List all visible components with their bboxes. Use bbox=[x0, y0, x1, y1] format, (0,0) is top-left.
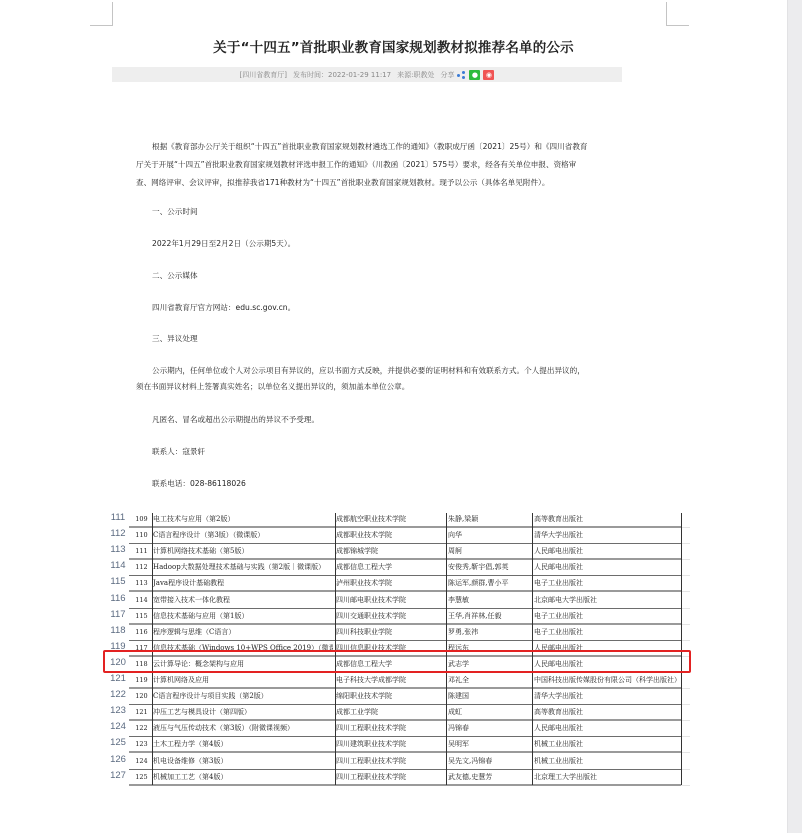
row-number: 118 bbox=[107, 625, 129, 636]
cell-publisher: 中国科技出版传媒股份有限公司（科学出版社） bbox=[534, 672, 684, 688]
cell-index: 121 bbox=[131, 704, 152, 720]
cell-author: 安俊秀,靳宇倡,郭英 bbox=[448, 559, 531, 575]
row-number: 116 bbox=[107, 593, 129, 604]
table-col-divider bbox=[152, 513, 153, 785]
cell-author: 邓礼全 bbox=[448, 672, 531, 688]
table-col-divider bbox=[335, 513, 336, 785]
highlight-box-row-120 bbox=[103, 650, 691, 673]
share-group: 分享 ● ◉ bbox=[440, 70, 494, 80]
cell-title: 机械加工工艺（第4版） bbox=[153, 769, 333, 785]
article-meta-bar: [四川省教育厅] 发布时间：2022-01-29 11:17 来源:职教处 分享… bbox=[112, 67, 622, 82]
meta-source: 来源:职教处 bbox=[397, 70, 434, 80]
row-number: 111 bbox=[107, 512, 129, 523]
cell-index: 115 bbox=[131, 608, 152, 624]
table-row[interactable]: 111109电工技术与应用（第2版）成都航空职业技术学院朱静,梁颖高等教育出版社 bbox=[107, 511, 687, 527]
cell-publisher: 电子工业出版社 bbox=[534, 608, 684, 624]
row-number: 113 bbox=[107, 544, 129, 555]
row-number: 123 bbox=[107, 705, 129, 716]
meta-source-tag: [四川省教育厅] bbox=[240, 70, 287, 80]
section2-heading: 二、公示媒体 bbox=[152, 267, 198, 285]
table-row[interactable]: 124122液压与气压传动技术（第3版）（附微课视频）四川工程职业技术学院冯锦春… bbox=[107, 720, 687, 736]
section3-heading: 三、异议处理 bbox=[152, 330, 198, 348]
cell-title: 液压与气压传动技术（第3版）（附微课视频） bbox=[153, 720, 333, 736]
cell-index: 109 bbox=[131, 511, 152, 527]
cell-index: 120 bbox=[131, 688, 152, 704]
cell-title: 计算机网络及应用 bbox=[153, 672, 333, 688]
cell-school: 成都职业技术学院 bbox=[336, 527, 444, 543]
cell-publisher: 清华大学出版社 bbox=[534, 688, 684, 704]
cell-title: C语言程序设计（第3版）（微课版） bbox=[153, 527, 333, 543]
cell-index: 122 bbox=[131, 720, 152, 736]
cell-school: 绵阳职业技术学院 bbox=[336, 688, 444, 704]
cell-index: 116 bbox=[131, 624, 152, 640]
intro-line-2: 厅关于开展“十四五”首批职业教育国家规划教材评选申报工作的通知》（川教函〔202… bbox=[136, 156, 576, 174]
contact-person: 联系人：寇景轩 bbox=[152, 443, 205, 461]
cell-title: Java程序设计基础教程 bbox=[153, 575, 333, 591]
cell-school: 电子科技大学成都学院 bbox=[336, 672, 444, 688]
cell-title: C语言程序设计与项目实践（第2版） bbox=[153, 688, 333, 704]
cell-title: 电工技术与应用（第2版） bbox=[153, 511, 333, 527]
section3-line-2: 须在书面异议材料上签署真实姓名；以单位名义提出异议的，须加盖本单位公章。 bbox=[136, 378, 409, 396]
intro-line-1-wrap: 根据《教育部办公厅关于组织“十四五”首批职业教育国家规划教材遴选工作的通知》（教… bbox=[152, 138, 588, 156]
cell-index: 112 bbox=[131, 559, 152, 575]
cell-title: 宽带接入技术一体化教程 bbox=[153, 592, 333, 608]
row-divider bbox=[129, 784, 681, 786]
cell-school: 成都工业学院 bbox=[336, 704, 444, 720]
table-row[interactable]: 118116程序逻辑与思维（C语言）四川科技职业学院罗勇,张祎电子工业出版社 bbox=[107, 624, 687, 640]
cell-index: 124 bbox=[131, 753, 152, 769]
cell-publisher: 清华大学出版社 bbox=[534, 527, 684, 543]
cell-author: 吴明军 bbox=[448, 736, 531, 752]
table-row[interactable]: 121119计算机网络及应用电子科技大学成都学院邓礼全中国科技出版传媒股份有限公… bbox=[107, 672, 687, 688]
cell-school: 成都信息工程大学 bbox=[336, 559, 444, 575]
gridline bbox=[681, 785, 690, 786]
cell-publisher: 高等教育出版社 bbox=[534, 704, 684, 720]
table-row[interactable]: 126124机电设备维修（第3版）四川工程职业技术学院吴先文,冯锦春机械工业出版… bbox=[107, 753, 687, 769]
cell-school: 四川交通职业技术学院 bbox=[336, 608, 444, 624]
cell-school: 成都航空职业技术学院 bbox=[336, 511, 444, 527]
share-label: 分享 bbox=[440, 70, 454, 80]
table-row[interactable]: 115113Java程序设计基础教程泸州职业技术学院陈运军,颜群,曹小平电子工业… bbox=[107, 575, 687, 591]
cell-school: 四川建筑职业技术学院 bbox=[336, 736, 444, 752]
table-row[interactable]: 122120C语言程序设计与项目实践（第2版）绵阳职业技术学院陈建国清华大学出版… bbox=[107, 688, 687, 704]
cell-author: 冯锦春 bbox=[448, 720, 531, 736]
cell-author: 陈运军,颜群,曹小平 bbox=[448, 575, 531, 591]
cell-title: 计算机网络技术基础（第5版） bbox=[153, 543, 333, 559]
cell-author: 成虹 bbox=[448, 704, 531, 720]
row-number: 125 bbox=[107, 737, 129, 748]
cell-author: 向华 bbox=[448, 527, 531, 543]
cell-publisher: 北京邮电大学出版社 bbox=[534, 592, 684, 608]
table-col-divider bbox=[681, 513, 682, 785]
cell-index: 110 bbox=[131, 527, 152, 543]
cell-publisher: 人民邮电出版社 bbox=[534, 543, 684, 559]
page-corner-mark-right bbox=[666, 2, 689, 26]
table-row[interactable]: 113111计算机网络技术基础（第5版）成都锦城学院周舸人民邮电出版社 bbox=[107, 543, 687, 559]
cell-author: 朱静,梁颖 bbox=[448, 511, 531, 527]
share-icon[interactable] bbox=[457, 71, 466, 79]
cell-school: 四川工程职业技术学院 bbox=[336, 720, 444, 736]
cell-publisher: 机械工业出版社 bbox=[534, 753, 684, 769]
cell-author: 王华,肖祥林,任毅 bbox=[448, 608, 531, 624]
cell-school: 成都锦城学院 bbox=[336, 543, 444, 559]
table-row[interactable]: 125123土木工程力学（第4版）四川建筑职业技术学院吴明军机械工业出版社 bbox=[107, 736, 687, 752]
vertical-scrollbar[interactable] bbox=[787, 0, 802, 833]
section1-heading: 一、公示时间 bbox=[152, 203, 198, 221]
cell-author: 李慧敏 bbox=[448, 592, 531, 608]
row-number: 121 bbox=[107, 673, 129, 684]
cell-school: 四川邮电职业技术学院 bbox=[336, 592, 444, 608]
weibo-icon[interactable]: ◉ bbox=[483, 70, 494, 80]
cell-author: 陈建国 bbox=[448, 688, 531, 704]
cell-index: 123 bbox=[131, 736, 152, 752]
cell-publisher: 电子工业出版社 bbox=[534, 624, 684, 640]
row-number: 124 bbox=[107, 721, 129, 732]
wechat-icon[interactable]: ● bbox=[469, 70, 480, 80]
cell-index: 125 bbox=[131, 769, 152, 785]
row-number: 126 bbox=[107, 754, 129, 765]
cell-publisher: 电子工业出版社 bbox=[534, 575, 684, 591]
cell-index: 119 bbox=[131, 672, 152, 688]
cell-title: 程序逻辑与思维（C语言） bbox=[153, 624, 333, 640]
row-number: 115 bbox=[107, 576, 129, 587]
table-row[interactable]: 112110C语言程序设计（第3版）（微课版）成都职业技术学院向华清华大学出版社 bbox=[107, 527, 687, 543]
cell-title: Hadoop大数据处理技术基础与实践（第2版｜微课版） bbox=[153, 559, 333, 575]
cell-author: 武友德,史慧芳 bbox=[448, 769, 531, 785]
table-row[interactable]: 123121冲压工艺与模具设计（第四版）成都工业学院成虹高等教育出版社 bbox=[107, 704, 687, 720]
table-row[interactable]: 117115信息技术基础与应用（第1版）四川交通职业技术学院王华,肖祥林,任毅电… bbox=[107, 608, 687, 624]
row-number: 112 bbox=[107, 528, 129, 539]
cell-author: 罗勇,张祎 bbox=[448, 624, 531, 640]
cell-title: 机电设备维修（第3版） bbox=[153, 753, 333, 769]
cell-author: 周舸 bbox=[448, 543, 531, 559]
table-row[interactable]: 116114宽带接入技术一体化教程四川邮电职业技术学院李慧敏北京邮电大学出版社 bbox=[107, 592, 687, 608]
contact-phone: 联系电话：028-86118026 bbox=[152, 475, 246, 493]
cell-title: 冲压工艺与模具设计（第四版） bbox=[153, 704, 333, 720]
row-number: 127 bbox=[107, 770, 129, 781]
cell-publisher: 机械工业出版社 bbox=[534, 736, 684, 752]
cell-index: 111 bbox=[131, 543, 152, 559]
cell-title: 信息技术基础与应用（第1版） bbox=[153, 608, 333, 624]
table-col-divider bbox=[532, 513, 533, 785]
cell-school: 泸州职业技术学院 bbox=[336, 575, 444, 591]
cell-index: 114 bbox=[131, 592, 152, 608]
table-row[interactable]: 114112Hadoop大数据处理技术基础与实践（第2版｜微课版）成都信息工程大… bbox=[107, 559, 687, 575]
meta-publish-time: 发布时间：2022-01-29 11:17 bbox=[293, 70, 391, 80]
table-row[interactable]: 127125机械加工工艺（第4版）四川工程职业技术学院武友德,史慧芳北京理工大学… bbox=[107, 769, 687, 785]
cell-publisher: 人民邮电出版社 bbox=[534, 559, 684, 575]
intro-line-3: 查、网络评审、会议评审，拟推荐我省171种教材为“十四五”首批职业教育国家规划教… bbox=[136, 174, 549, 192]
section1-body: 2022年1月29日至2月2日（公示期5天）。 bbox=[152, 235, 295, 253]
page-corner-mark-left bbox=[90, 2, 113, 26]
cell-school: 四川科技职业学院 bbox=[336, 624, 444, 640]
row-number: 114 bbox=[107, 560, 129, 571]
cell-school: 四川工程职业技术学院 bbox=[336, 753, 444, 769]
cell-publisher: 高等教育出版社 bbox=[534, 511, 684, 527]
cell-title: 土木工程力学（第4版） bbox=[153, 736, 333, 752]
table-col-divider bbox=[446, 513, 447, 785]
cell-school: 四川工程职业技术学院 bbox=[336, 769, 444, 785]
row-number: 122 bbox=[107, 689, 129, 700]
cell-publisher: 北京理工大学出版社 bbox=[534, 769, 684, 785]
cell-author: 吴先文,冯锦春 bbox=[448, 753, 531, 769]
cell-index: 113 bbox=[131, 575, 152, 591]
notice-text: 凡匿名、冒名或超出公示期提出的异议不予受理。 bbox=[152, 411, 319, 429]
section2-body: 四川省教育厅官方网站：edu.sc.gov.cn。 bbox=[152, 299, 295, 317]
row-number: 117 bbox=[107, 609, 129, 620]
article-title: 关于“十四五”首批职业教育国家规划教材拟推荐名单的公示 bbox=[0, 36, 787, 56]
cell-publisher: 人民邮电出版社 bbox=[534, 720, 684, 736]
